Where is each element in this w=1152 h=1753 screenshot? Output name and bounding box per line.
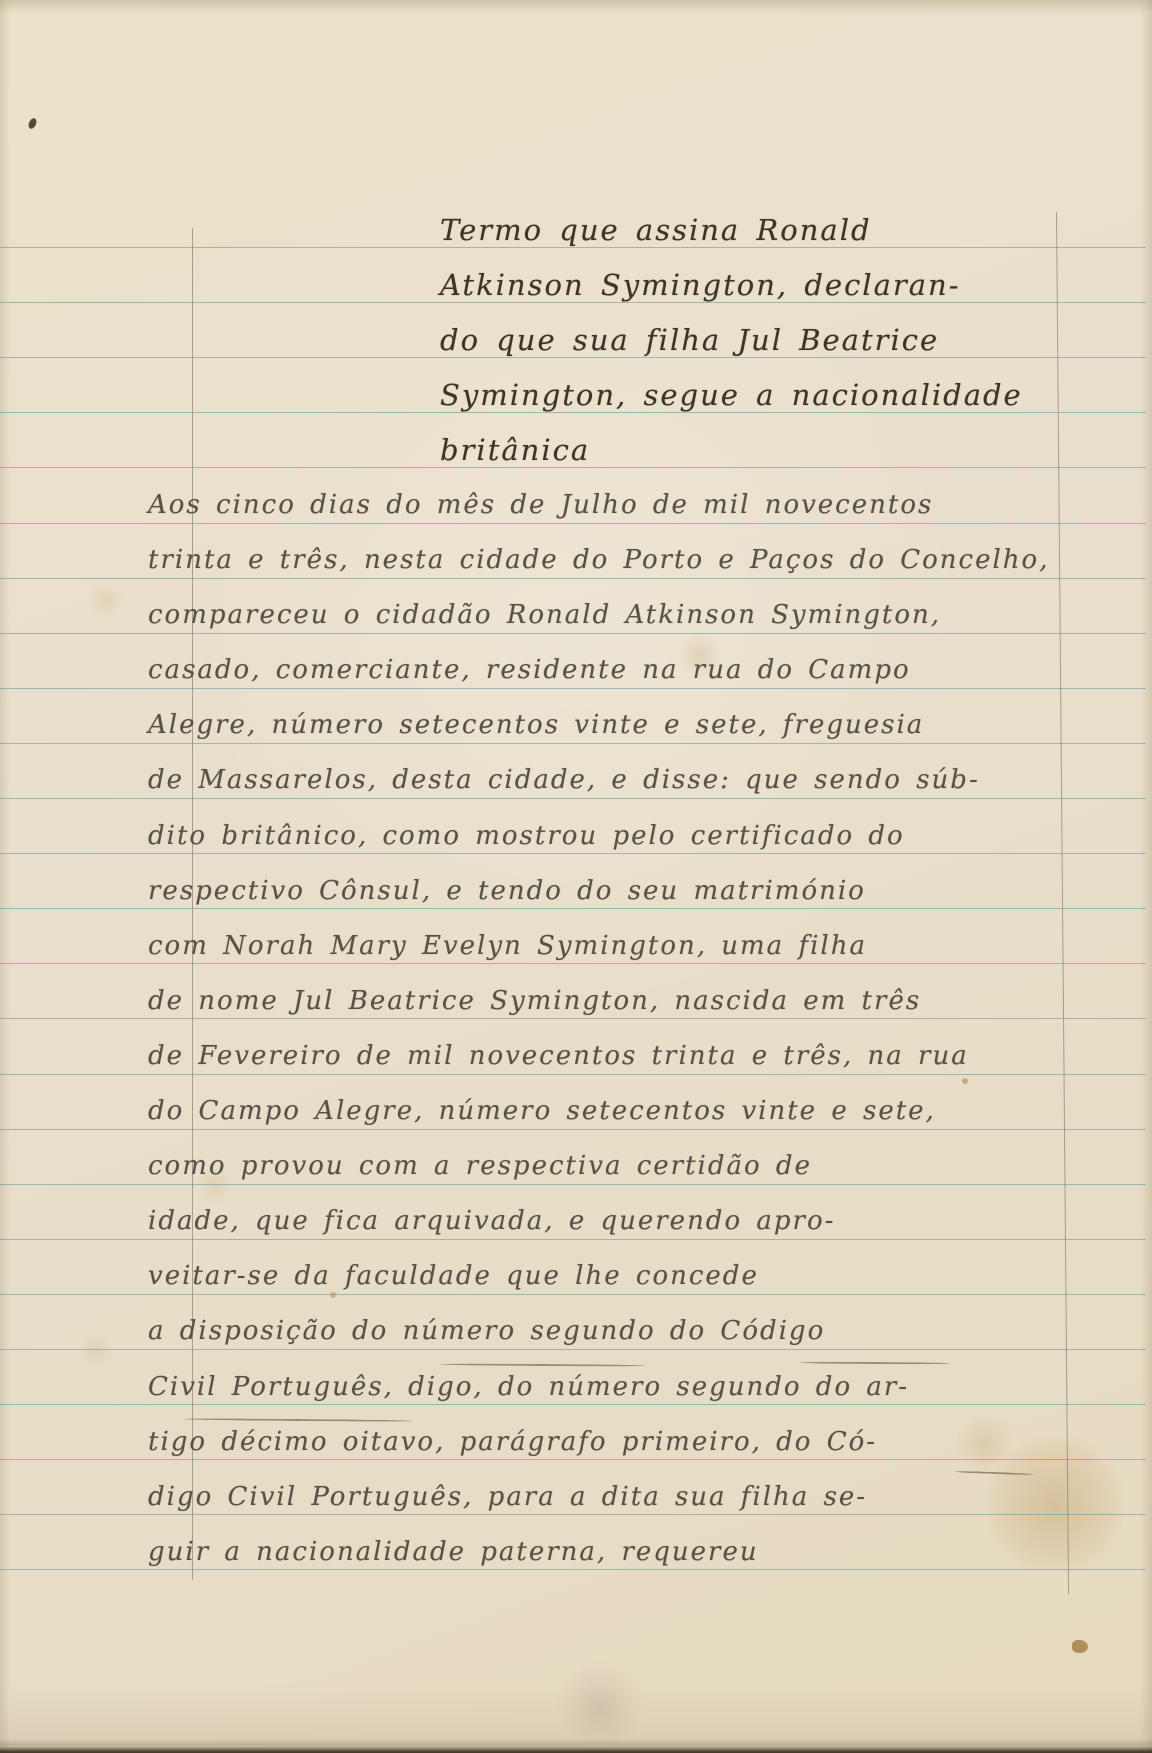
entry-title-line: britânica [440,423,1040,478]
entry-body-line: tigo décimo oitavo, parágrafo primeiro, … [148,1415,1008,1470]
right-margin-line [1056,212,1069,1594]
entry-body-line: compareceu o cidadão Ronald Atkinson Sym… [148,588,1008,643]
entry-body-line: digo Civil Português, para a dita sua fi… [148,1470,1008,1525]
entry-body-line: Aos cinco dias do mês de Julho de mil no… [148,478,1008,533]
entry-body-line: de Fevereiro de mil novecentos trinta e … [148,1029,1008,1084]
entry-body-line: dito britânico, como mostrou pelo certif… [148,809,1008,864]
page-bottom-edge [0,1739,1152,1753]
paper-stain [330,1292,336,1298]
manuscript-page: Termo que assina RonaldAtkinson Symingto… [0,0,1152,1753]
entry-body-line: idade, que fica arquivada, e querendo ap… [148,1194,1008,1249]
page-bottom-shadow [0,1685,1152,1745]
entry-title-line: Symington, segue a nacionalidade [440,368,1040,423]
entry-body: Aos cinco dias do mês de Julho de mil no… [148,478,1008,1580]
entry-body-line: de Massarelos, desta cidade, e disse: qu… [148,753,1008,808]
entry-body-line: veitar-se da faculdade que lhe concede [148,1249,1008,1304]
entry-body-line: com Norah Mary Evelyn Symington, uma fil… [148,919,1008,974]
paper-stain [962,1078,968,1084]
entry-title-line: do que sua filha Jul Beatrice [440,313,1040,368]
paper-stain [1072,1640,1088,1653]
entry-body-line: guir a nacionalidade paterna, requereu [148,1525,1008,1580]
entry-title-line: Termo que assina Ronald [440,203,1040,258]
entry-body-line: casado, comerciante, residente na rua do… [148,643,1008,698]
entry-body-line: de nome Jul Beatrice Symington, nascida … [148,974,1008,1029]
entry-title: Termo que assina RonaldAtkinson Symingto… [440,203,1040,478]
entry-body-line: respectivo Cônsul, e tendo do seu matrim… [148,864,1008,919]
entry-title-line: Atkinson Symington, declaran- [440,258,1040,313]
entry-body-line: Alegre, número setecentos vinte e sete, … [148,698,1008,753]
ink-speck [27,117,38,130]
entry-body-line: do Campo Alegre, número setecentos vinte… [148,1084,1008,1139]
entry-body-line: trinta e três, nesta cidade do Porto e P… [148,533,1008,588]
entry-body-line: a disposição do número segundo do Código [148,1304,1008,1359]
entry-body-line: como provou com a respectiva certidão de [148,1139,1008,1194]
entry-body-line: Civil Português, digo, do número segundo… [148,1360,1008,1415]
